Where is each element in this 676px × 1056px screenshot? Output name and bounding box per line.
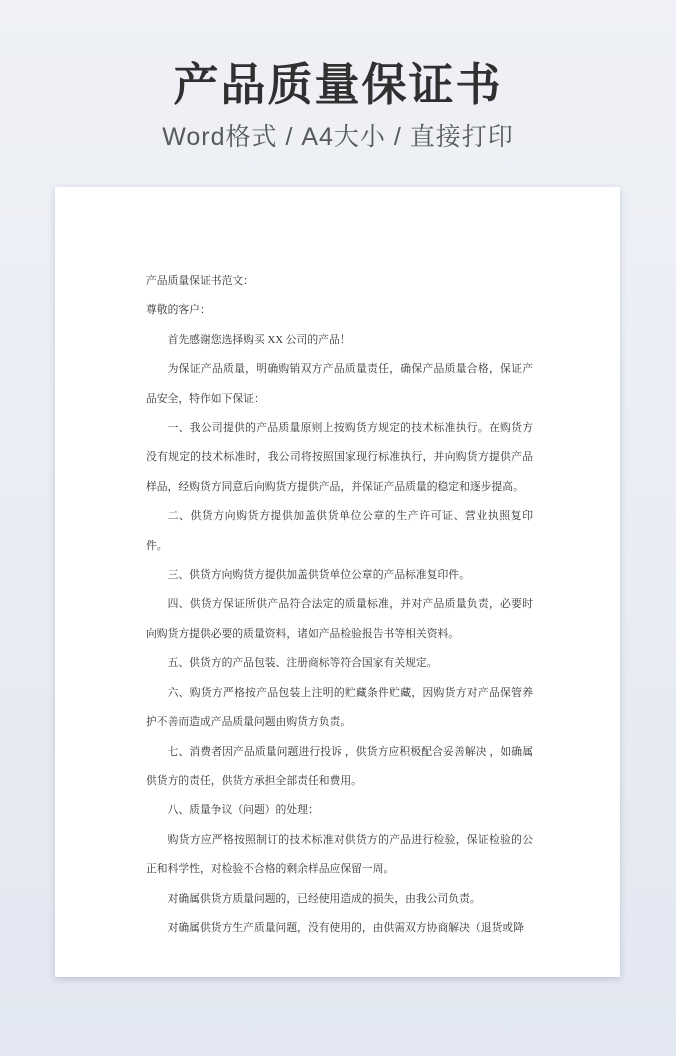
template-title: 产品质量保证书 — [0, 60, 676, 110]
document-page: 产品质量保证书范文：尊敬的客户：首先感谢您选择购买 XX 公司的产品！为保证产品… — [55, 187, 620, 977]
template-subtitle: Word格式 / A4大小 / 直接打印 — [0, 124, 676, 151]
document-paragraph: 对确属供货方质量问题的，已经使用造成的损失，由我公司负责。 — [146, 885, 533, 914]
document-paragraph: 购货方应严格按照制订的技术标准对供货方的产品进行检验，保证检验的公正和科学性，对… — [146, 826, 533, 885]
document-paragraph: 二、供货方向购货方提供加盖供货单位公章的生产许可证、营业执照复印件。 — [146, 502, 533, 561]
document-paragraph: 对确属供货方生产质量问题，没有使用的，由供需双方协商解决（退货或降 — [146, 914, 533, 943]
document-body: 产品质量保证书范文：尊敬的客户：首先感谢您选择购买 XX 公司的产品！为保证产品… — [55, 187, 620, 977]
document-paragraph: 产品质量保证书范文： — [146, 267, 533, 296]
document-paragraph: 五、供货方的产品包装、注册商标等符合国家有关规定。 — [146, 649, 533, 678]
document-paragraph: 三、供货方向购货方提供加盖供货单位公章的产品标准复印件。 — [146, 561, 533, 590]
document-paragraph: 尊敬的客户： — [146, 296, 533, 325]
document-paragraph: 六、购货方严格按产品包装上注明的贮藏条件贮藏，因购货方对产品保管养护不善而造成产… — [146, 679, 533, 738]
document-paragraph: 七、消费者因产品质量问题进行投诉 ，供货方应积极配合妥善解决 ，如确属供货方的责… — [146, 738, 533, 797]
template-header: 产品质量保证书 Word格式 / A4大小 / 直接打印 — [0, 0, 676, 151]
document-paragraph: 首先感谢您选择购买 XX 公司的产品！ — [146, 326, 533, 355]
document-paragraph: 一、我公司提供的产品质量原则上按购货方规定的技术标准执行。在购货方没有规定的技术… — [146, 414, 533, 502]
document-paragraph: 四、供货方保证所供产品符合法定的质量标准，并对产品质量负责，必要时向购货方提供必… — [146, 590, 533, 649]
document-paragraph: 八、质量争议（问题）的处理： — [146, 796, 533, 825]
document-paragraph: 为保证产品质量，明确购销双方产品质量责任，确保产品质量合格，保证产品安全，特作如… — [146, 355, 533, 414]
